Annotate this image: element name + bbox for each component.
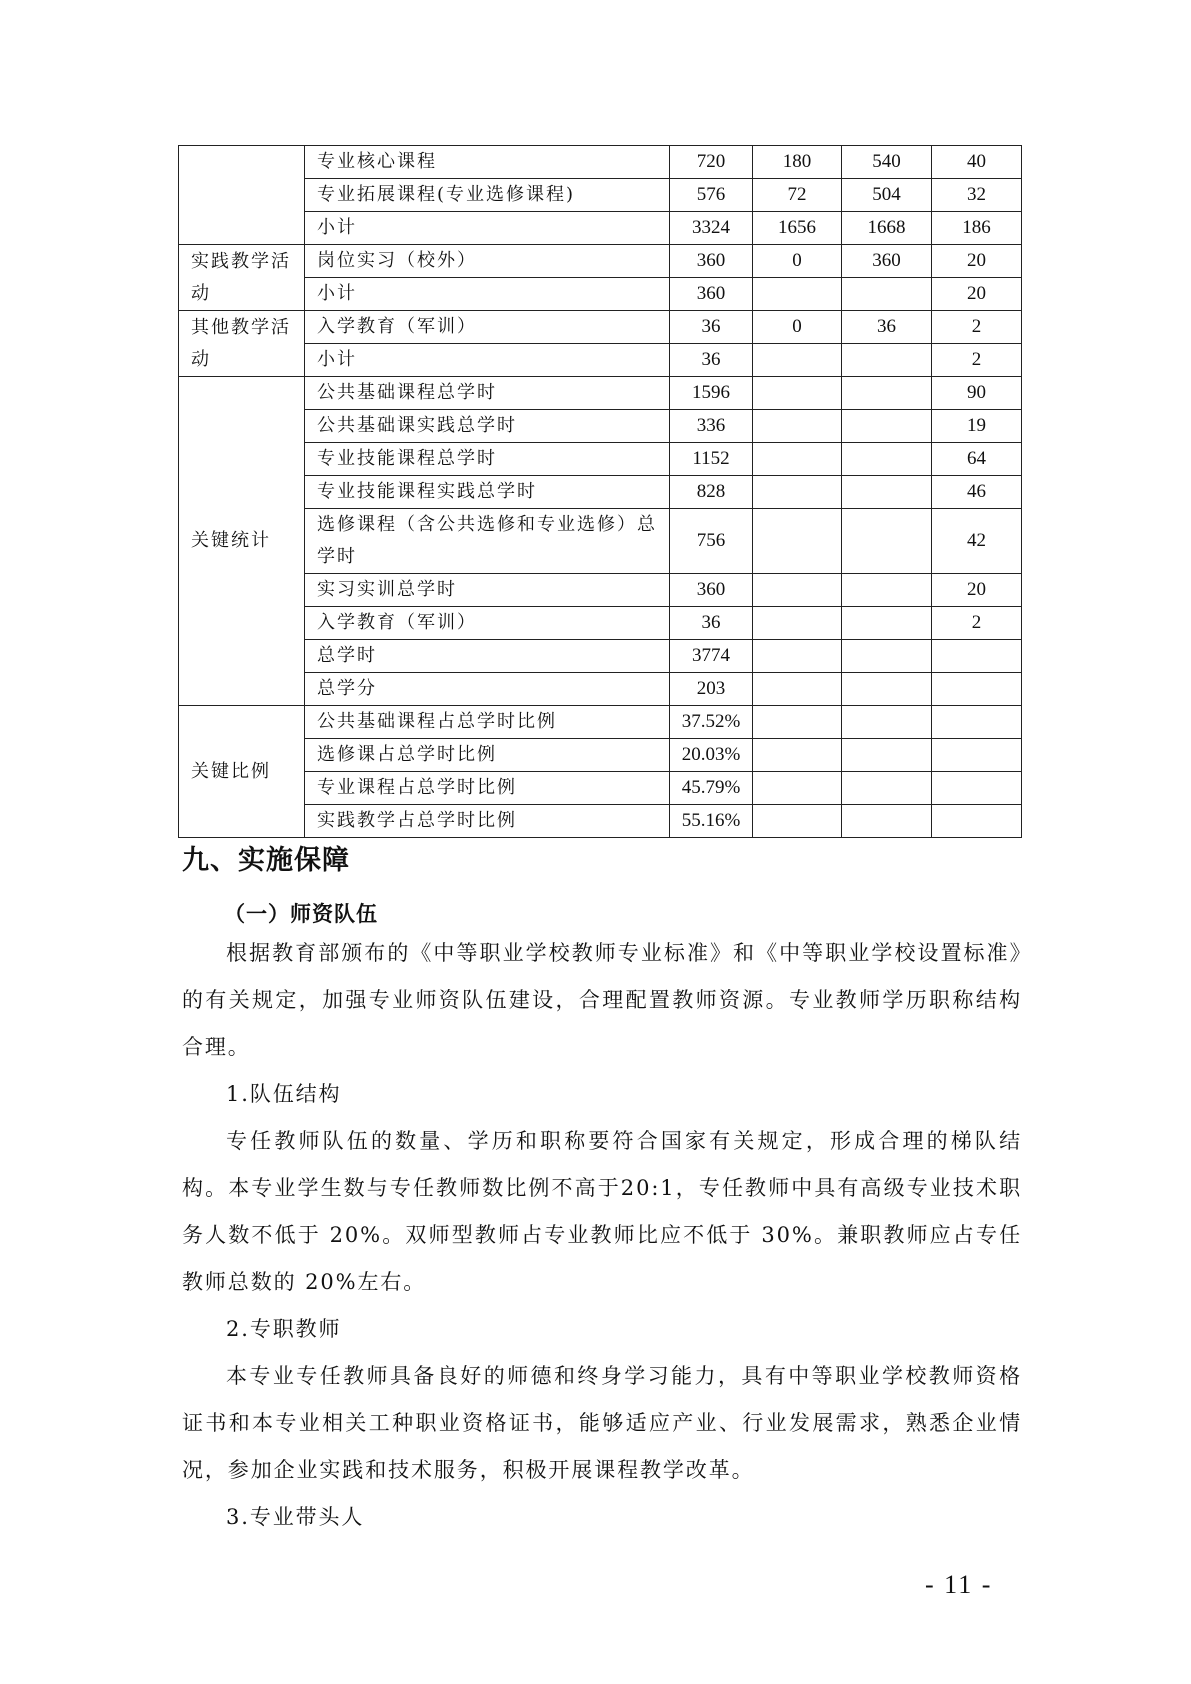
table-row: 小计 3324 1656 1668 186 [179,212,1022,245]
theory-hours-cell: 1656 [753,212,842,245]
table-row: 选修课占总学时比例 20.03% [179,739,1022,772]
item-cell: 选修课占总学时比例 [305,739,670,772]
item-cell: 总学分 [305,673,670,706]
credits-cell: 32 [932,179,1022,212]
item2-title: 2.专职教师 [182,1306,1022,1353]
section-heading: 九、实施保障 [182,838,350,877]
practice-hours-cell [842,476,932,509]
empty-cell [932,739,1022,772]
table-row: 小计 36 2 [179,344,1022,377]
theory-hours-cell [753,574,842,607]
item-cell: 专业课程占总学时比例 [305,772,670,805]
theory-hours-cell [753,673,842,706]
total-hours-cell: 3774 [670,640,753,673]
table-row: 入学教育（军训） 36 2 [179,607,1022,640]
ratio-cell: 55.16% [670,805,753,838]
theory-hours-cell [753,278,842,311]
credits-cell: 40 [932,146,1022,179]
empty-cell [932,772,1022,805]
credits-cell: 20 [932,245,1022,278]
credits-cell [932,673,1022,706]
ratio-cell: 20.03% [670,739,753,772]
item-cell: 小计 [305,212,670,245]
empty-cell [753,706,842,739]
credits-cell: 42 [932,509,1022,574]
curriculum-hours-table: 专业核心课程 720 180 540 40 专业拓展课程(专业选修课程) 576… [178,145,1022,838]
practice-hours-cell [842,509,932,574]
table-row: 选修课程（含公共选修和专业选修）总学时 756 42 [179,509,1022,574]
empty-cell [753,739,842,772]
total-hours-cell: 336 [670,410,753,443]
table-row: 总学分 203 [179,673,1022,706]
item-cell: 实习实训总学时 [305,574,670,607]
category-cell: 关键比例 [179,706,305,838]
ratio-cell: 37.52% [670,706,753,739]
theory-hours-cell [753,443,842,476]
theory-hours-cell: 0 [753,245,842,278]
table-row: 专业技能课程总学时 1152 64 [179,443,1022,476]
item-cell: 入学教育（军训） [305,311,670,344]
total-hours-cell: 36 [670,344,753,377]
theory-hours-cell: 72 [753,179,842,212]
practice-hours-cell: 540 [842,146,932,179]
table-row: 实践教学活动 岗位实习（校外） 360 0 360 20 [179,245,1022,278]
table-row: 小计 360 20 [179,278,1022,311]
empty-cell [753,772,842,805]
table-row: 关键统计 公共基础课程总学时 1596 90 [179,377,1022,410]
page-number: - 11 - [925,1570,992,1600]
item2-body: 本专业专任教师具备良好的师德和终身学习能力，具有中等职业学校教师资格证书和本专业… [182,1353,1022,1494]
practice-hours-cell [842,410,932,443]
theory-hours-cell [753,607,842,640]
table-row: 专业课程占总学时比例 45.79% [179,772,1022,805]
total-hours-cell: 3324 [670,212,753,245]
practice-hours-cell: 1668 [842,212,932,245]
category-cell: 其他教学活动 [179,311,305,377]
table-row: 公共基础课实践总学时 336 19 [179,410,1022,443]
item-cell: 选修课程（含公共选修和专业选修）总学时 [305,509,670,574]
empty-cell [932,805,1022,838]
practice-hours-cell [842,377,932,410]
empty-cell [842,772,932,805]
empty-cell [842,706,932,739]
theory-hours-cell [753,344,842,377]
table-row: 关键比例 公共基础课程占总学时比例 37.52% [179,706,1022,739]
practice-hours-cell [842,673,932,706]
table-row: 专业拓展课程(专业选修课程) 576 72 504 32 [179,179,1022,212]
table-row: 实践教学占总学时比例 55.16% [179,805,1022,838]
theory-hours-cell: 0 [753,311,842,344]
practice-hours-cell [842,443,932,476]
theory-hours-cell [753,476,842,509]
item-cell: 专业核心课程 [305,146,670,179]
total-hours-cell: 756 [670,509,753,574]
total-hours-cell: 1596 [670,377,753,410]
table-row: 专业核心课程 720 180 540 40 [179,146,1022,179]
practice-hours-cell: 504 [842,179,932,212]
theory-hours-cell [753,640,842,673]
item-cell: 岗位实习（校外） [305,245,670,278]
item-cell: 小计 [305,278,670,311]
item-cell: 专业拓展课程(专业选修课程) [305,179,670,212]
practice-hours-cell [842,278,932,311]
practice-hours-cell [842,640,932,673]
total-hours-cell: 203 [670,673,753,706]
credits-cell: 186 [932,212,1022,245]
credits-cell: 46 [932,476,1022,509]
empty-cell [842,739,932,772]
item3-title: 3.专业带头人 [182,1494,1022,1541]
credits-cell: 2 [932,344,1022,377]
item-cell: 实践教学占总学时比例 [305,805,670,838]
practice-hours-cell [842,574,932,607]
total-hours-cell: 828 [670,476,753,509]
credits-cell: 19 [932,410,1022,443]
item-cell: 专业技能课程实践总学时 [305,476,670,509]
credits-cell: 2 [932,311,1022,344]
credits-cell: 90 [932,377,1022,410]
intro-paragraph: 根据教育部颁布的《中等职业学校教师专业标准》和《中等职业学校设置标准》的有关规定… [182,930,1022,1071]
table-row: 实习实训总学时 360 20 [179,574,1022,607]
item1-title: 1.队伍结构 [182,1071,1022,1118]
total-hours-cell: 360 [670,278,753,311]
credits-cell: 20 [932,574,1022,607]
total-hours-cell: 36 [670,607,753,640]
subsection-heading: （一）师资队伍 [224,898,378,928]
total-hours-cell: 576 [670,179,753,212]
item-cell: 入学教育（军训） [305,607,670,640]
item-cell: 公共基础课程总学时 [305,377,670,410]
theory-hours-cell [753,377,842,410]
document-page: 专业核心课程 720 180 540 40 专业拓展课程(专业选修课程) 576… [0,0,1191,1684]
item-cell: 总学时 [305,640,670,673]
practice-hours-cell: 360 [842,245,932,278]
table-row: 其他教学活动 入学教育（军训） 36 0 36 2 [179,311,1022,344]
item-cell: 公共基础课程占总学时比例 [305,706,670,739]
total-hours-cell: 720 [670,146,753,179]
item1-body: 专任教师队伍的数量、学历和职称要符合国家有关规定，形成合理的梯队结构。本专业学生… [182,1118,1022,1306]
category-cell: 实践教学活动 [179,245,305,311]
total-hours-cell: 360 [670,245,753,278]
practice-hours-cell: 36 [842,311,932,344]
empty-cell [932,706,1022,739]
item-cell: 公共基础课实践总学时 [305,410,670,443]
item-cell: 小计 [305,344,670,377]
credits-cell [932,640,1022,673]
ratio-cell: 45.79% [670,772,753,805]
empty-cell [842,805,932,838]
table-row: 总学时 3774 [179,640,1022,673]
table-row: 专业技能课程实践总学时 828 46 [179,476,1022,509]
category-cell: 关键统计 [179,377,305,706]
theory-hours-cell [753,410,842,443]
category-cell-empty [179,146,305,245]
total-hours-cell: 360 [670,574,753,607]
total-hours-cell: 36 [670,311,753,344]
total-hours-cell: 1152 [670,443,753,476]
practice-hours-cell [842,344,932,377]
theory-hours-cell: 180 [753,146,842,179]
item-cell: 专业技能课程总学时 [305,443,670,476]
credits-cell: 20 [932,278,1022,311]
theory-hours-cell [753,509,842,574]
credits-cell: 64 [932,443,1022,476]
credits-cell: 2 [932,607,1022,640]
empty-cell [753,805,842,838]
practice-hours-cell [842,607,932,640]
